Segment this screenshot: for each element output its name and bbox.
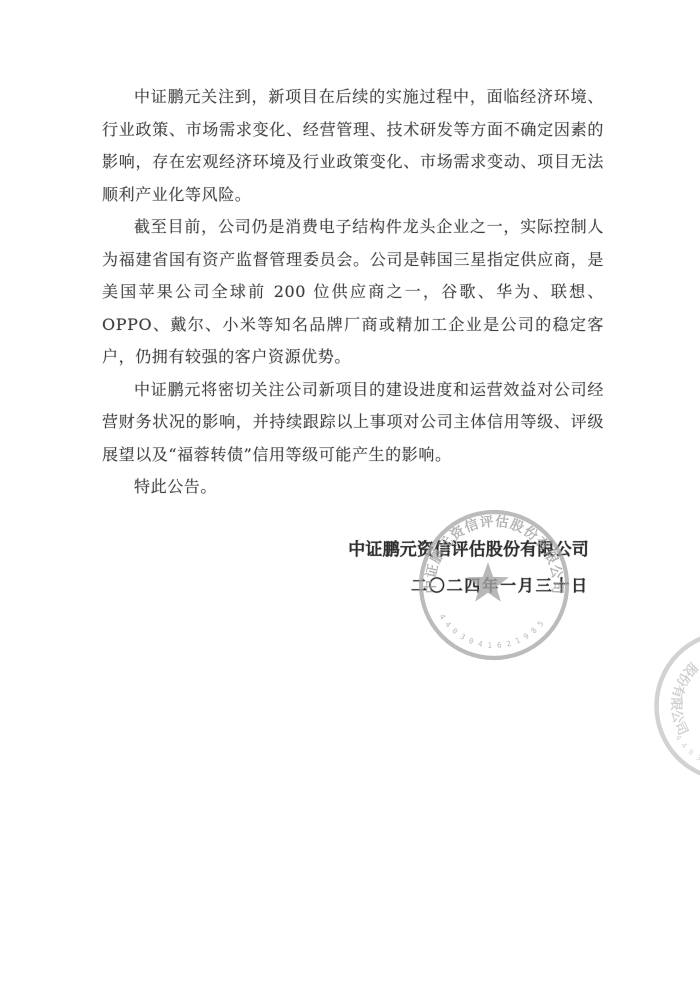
edge-seal-company-text: 股份有限公司 [668, 659, 700, 738]
paragraph-risk-factors: 中证鹏元关注到，新项目在后续的实施过程中，面临经济环境、行业政策、市场需求变化、… [102, 81, 604, 211]
paragraph-followup-tracking: 中证鹏元将密切关注公司新项目的建设进度和运营效益对公司经营财务状况的影响，并持续… [102, 374, 604, 472]
document-page: 中证鹏元关注到，新项目在后续的实施过程中，面临经济环境、行业政策、市场需求变化、… [0, 0, 700, 989]
seal-star-icon [467, 562, 509, 602]
announcement-body: 中证鹏元关注到，新项目在后续的实施过程中，面临经济环境、行业政策、市场需求变化、… [102, 81, 604, 504]
svg-text:股份有限公司: 股份有限公司 [668, 659, 700, 738]
paragraph-company-position: 截至目前，公司仍是消费电子结构件龙头企业之一，实际控制人为福建省国有资产监督管理… [102, 211, 604, 374]
company-seal: 中证鹏元资信评估股份有限公司 4403041621985 [414, 505, 574, 665]
paragraph-closing: 特此公告。 [102, 471, 604, 504]
edge-page-seal: 股份有限公司 4403041621985 [645, 621, 700, 791]
